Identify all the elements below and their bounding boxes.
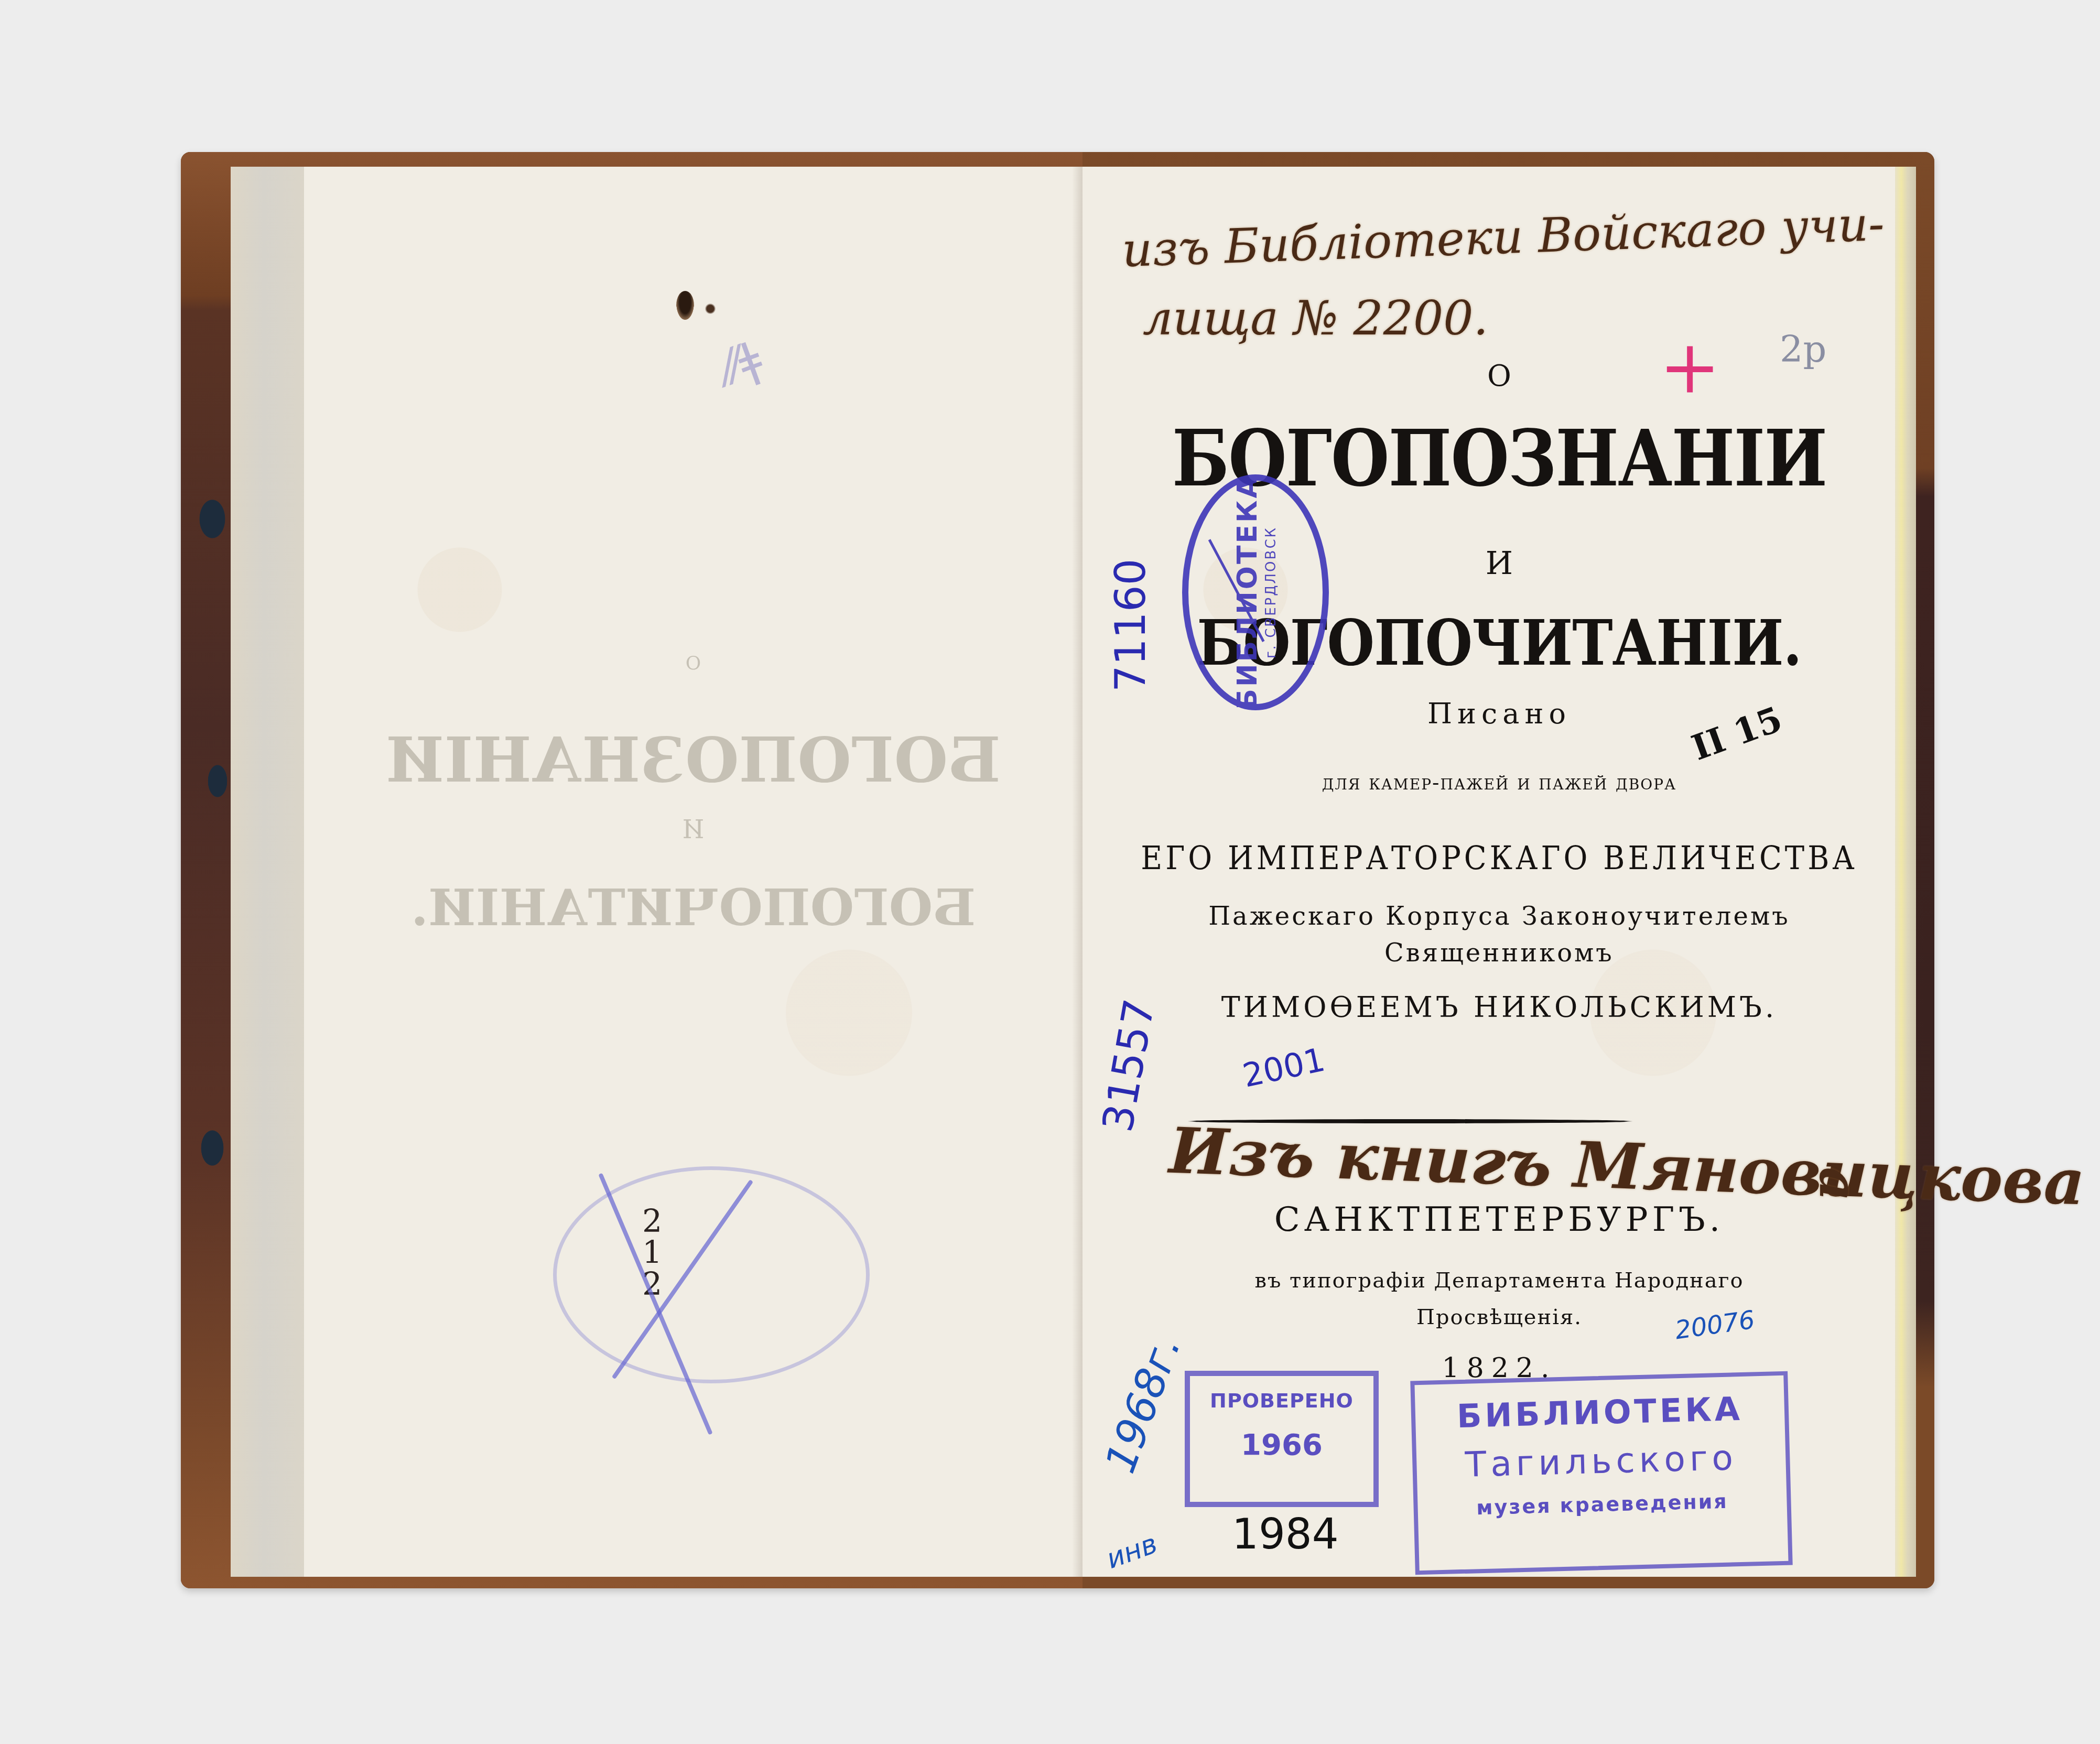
note-1984: 1984 (1232, 1510, 1339, 1558)
ink-blot (676, 291, 694, 320)
oval-library-stamp: БИБЛИОТЕКА г. СВЕРДЛОВСК (1182, 474, 1329, 710)
dedication-line: для камер-пажей и пажей двора (1111, 771, 1887, 795)
handwritten-library-note-line2: лища № 2200. (1143, 291, 1488, 346)
tagil-museum-library-stamp: БИБЛИОТЕКА Тагильского музея краеведения (1410, 1371, 1792, 1575)
show-through-title2: БОГОПОЧИТАНІИ. (304, 878, 1083, 937)
imprint-city: САНКТПЕТЕРБУРГЪ. (1111, 1200, 1887, 1239)
checked-stamp-line1: ПРОВЕРЕНО (1190, 1389, 1373, 1412)
title-preposition: О (1111, 359, 1887, 393)
inventory-number-71160: 71160 (1106, 559, 1155, 692)
oval-stamp-line2: г. СВЕРДЛОВСК (1263, 475, 1279, 709)
majesty-line: ЕГО ИМПЕРАТОРСКАГО ВЕЛИЧЕСТВА (1111, 840, 1887, 878)
author-role-2: Священникомъ (1111, 938, 1887, 968)
printer-line-2: Просвѣщенія. (1111, 1305, 1887, 1329)
printer-line-1: въ типографіи Департамента Народнаго (1111, 1269, 1887, 1293)
museum-stamp-line3: музея краеведения (1417, 1488, 1787, 1521)
checked-stamp-year: 1966 (1190, 1428, 1373, 1462)
author-role-1: Пажескаго Корпуса Законоучителемъ (1111, 902, 1887, 931)
author-name: ТИМОѲЕЕМЪ НИКОЛЬСКИМЪ. (1111, 991, 1887, 1024)
page-edges (1895, 167, 1916, 1577)
pastedown-endpaper (231, 167, 315, 1577)
museum-stamp-line1: БИБЛИОТЕКА (1415, 1389, 1785, 1436)
show-through-o: О (304, 653, 1083, 674)
crossed-out-oval-stamp (553, 1166, 870, 1383)
ink-speck (705, 301, 716, 316)
provenance-signature-tail: а (1807, 1167, 1869, 1201)
show-through-and: И (304, 815, 1083, 844)
show-through-title1: БОГОПОЗНАНІИ (304, 723, 1083, 796)
museum-stamp-line2: Тагильского (1416, 1436, 1787, 1486)
checked-stamp: ПРОВЕРЕНО 1966 (1185, 1371, 1379, 1507)
